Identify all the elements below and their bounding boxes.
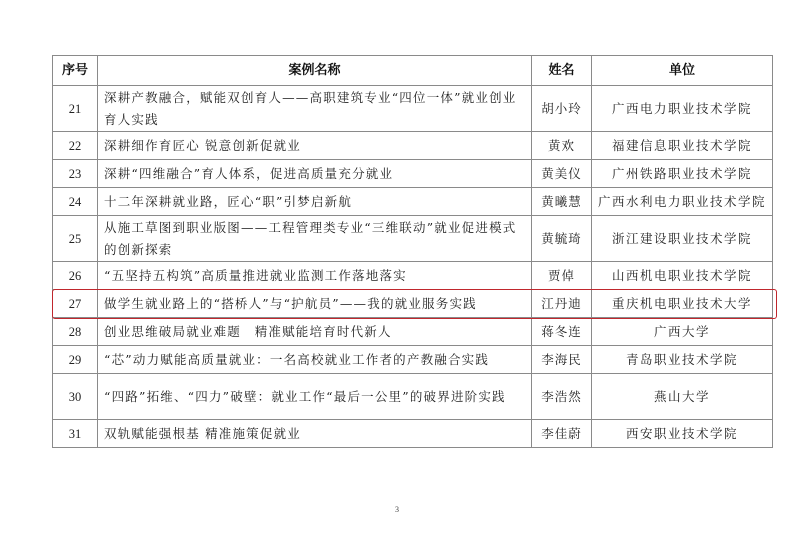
row-person-name: 黄美仪: [532, 160, 592, 188]
row-case-title: “五坚持五构筑”高质量推进就业监测工作落地落实: [98, 262, 532, 290]
row-case-title: 创业思维破局就业难题 精准赋能培育时代新人: [98, 318, 532, 346]
header-case-title: 案例名称: [98, 56, 532, 86]
row-unit-name: 重庆机电职业技术大学: [592, 290, 773, 318]
row-unit-name: 广西大学: [592, 318, 773, 346]
row-person-name: 蒋冬连: [532, 318, 592, 346]
table-row: 23深耕“四维融合”育人体系，促进高质量充分就业黄美仪广州铁路职业技术学院: [53, 160, 773, 188]
row-case-title: 十二年深耕就业路，匠心“职”引梦启新航: [98, 188, 532, 216]
row-case-title: 深耕产教融合，赋能双创育人——高职建筑专业“四位一体”就业创业育人实践: [98, 86, 532, 132]
table-row: 28创业思维破局就业难题 精准赋能培育时代新人蒋冬连广西大学: [53, 318, 773, 346]
table-row: 31双轨赋能强根基 精准施策促就业李佳蔚西安职业技术学院: [53, 420, 773, 448]
row-serial-number: 23: [53, 160, 98, 188]
row-case-title: 深耕细作育匠心 锐意创新促就业: [98, 132, 532, 160]
row-unit-name: 燕山大学: [592, 374, 773, 420]
row-person-name: 黄欢: [532, 132, 592, 160]
header-unit: 单位: [592, 56, 773, 86]
row-unit-name: 广州铁路职业技术学院: [592, 160, 773, 188]
case-table: 序号 案例名称 姓名 单位 21深耕产教融合，赋能双创育人——高职建筑专业“四位…: [52, 55, 773, 448]
row-serial-number: 27: [53, 290, 98, 318]
row-serial-number: 28: [53, 318, 98, 346]
row-case-title: 从施工草图到职业版图——工程管理类专业“三维联动”就业促进模式的创新探索: [98, 216, 532, 262]
row-unit-name: 广西水利电力职业技术学院: [592, 188, 773, 216]
row-case-title: 双轨赋能强根基 精准施策促就业: [98, 420, 532, 448]
row-person-name: 贾倬: [532, 262, 592, 290]
header-name: 姓名: [532, 56, 592, 86]
row-serial-number: 21: [53, 86, 98, 132]
table-header-row: 序号 案例名称 姓名 单位: [53, 56, 773, 86]
row-serial-number: 25: [53, 216, 98, 262]
row-person-name: 李海民: [532, 346, 592, 374]
table-row: 30“四路”拓维、“四力”破壁：就业工作“最后一公里”的破界进阶实践李浩然燕山大…: [53, 374, 773, 420]
row-person-name: 胡小玲: [532, 86, 592, 132]
row-unit-name: 山西机电职业技术学院: [592, 262, 773, 290]
row-person-name: 江丹迪: [532, 290, 592, 318]
table-row: 22深耕细作育匠心 锐意创新促就业黄欢福建信息职业技术学院: [53, 132, 773, 160]
row-person-name: 李佳蔚: [532, 420, 592, 448]
row-person-name: 黄毓琦: [532, 216, 592, 262]
row-case-title: “四路”拓维、“四力”破壁：就业工作“最后一公里”的破界进阶实践: [98, 374, 532, 420]
table-row: 24十二年深耕就业路，匠心“职”引梦启新航黄曦慧广西水利电力职业技术学院: [53, 188, 773, 216]
row-serial-number: 22: [53, 132, 98, 160]
row-unit-name: 浙江建设职业技术学院: [592, 216, 773, 262]
document-page: 序号 案例名称 姓名 单位 21深耕产教融合，赋能双创育人——高职建筑专业“四位…: [0, 0, 794, 536]
row-case-title: 做学生就业路上的“搭桥人”与“护航员”——我的就业服务实践: [98, 290, 532, 318]
page-number: 3: [0, 505, 794, 514]
row-serial-number: 30: [53, 374, 98, 420]
row-person-name: 李浩然: [532, 374, 592, 420]
table-row: 26“五坚持五构筑”高质量推进就业监测工作落地落实贾倬山西机电职业技术学院: [53, 262, 773, 290]
table-row: 29“芯”动力赋能高质量就业：一名高校就业工作者的产教融合实践李海民青岛职业技术…: [53, 346, 773, 374]
row-case-title: “芯”动力赋能高质量就业：一名高校就业工作者的产教融合实践: [98, 346, 532, 374]
table-row: 27做学生就业路上的“搭桥人”与“护航员”——我的就业服务实践江丹迪重庆机电职业…: [53, 290, 773, 318]
row-serial-number: 24: [53, 188, 98, 216]
table-row: 21深耕产教融合，赋能双创育人——高职建筑专业“四位一体”就业创业育人实践胡小玲…: [53, 86, 773, 132]
row-serial-number: 26: [53, 262, 98, 290]
row-unit-name: 西安职业技术学院: [592, 420, 773, 448]
row-unit-name: 青岛职业技术学院: [592, 346, 773, 374]
row-unit-name: 福建信息职业技术学院: [592, 132, 773, 160]
row-unit-name: 广西电力职业技术学院: [592, 86, 773, 132]
header-serial-number: 序号: [53, 56, 98, 86]
row-serial-number: 29: [53, 346, 98, 374]
table-row: 25从施工草图到职业版图——工程管理类专业“三维联动”就业促进模式的创新探索黄毓…: [53, 216, 773, 262]
row-person-name: 黄曦慧: [532, 188, 592, 216]
row-serial-number: 31: [53, 420, 98, 448]
row-case-title: 深耕“四维融合”育人体系，促进高质量充分就业: [98, 160, 532, 188]
